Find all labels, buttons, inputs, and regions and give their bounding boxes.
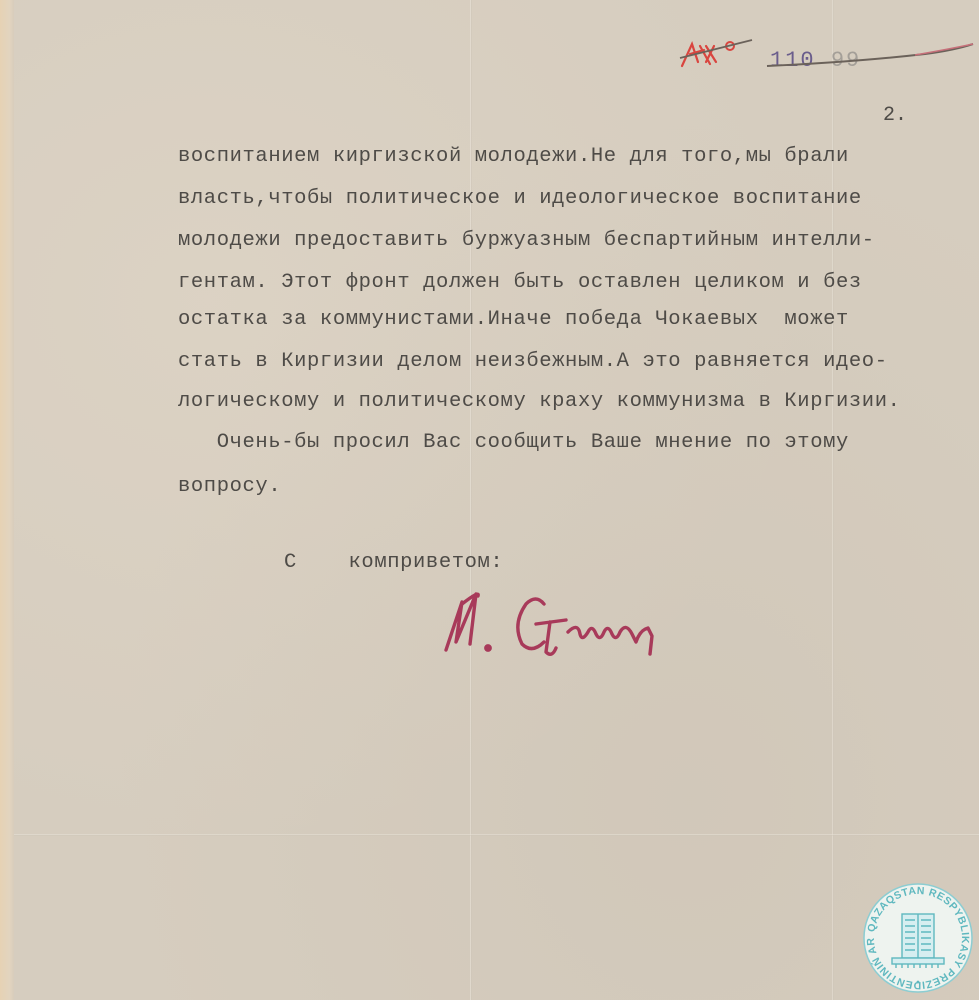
body-line: логическому и политическому краху коммун… <box>178 392 901 413</box>
body-line: гентам. Этот фронт должен быть оставлен … <box>178 273 862 294</box>
closing-line: вопросу. <box>178 477 281 498</box>
body-line: стать в Киргизии делом неизбежным.А это … <box>178 352 888 373</box>
body-line: воспитанием киргизской молодежи.Не для т… <box>178 147 849 168</box>
closing-line: Очень-бы просил Вас сообщить Ваше мнение… <box>178 433 849 454</box>
crossed-red-mark <box>676 36 756 72</box>
page-number: 2. <box>883 104 907 127</box>
strike-through-line <box>765 38 975 78</box>
body-line: остатка за коммунистами.Иначе победа Чок… <box>178 310 849 331</box>
handwritten-signature: И. Сталин <box>440 580 710 670</box>
fold-line-horizontal <box>14 834 979 836</box>
archive-seal: QAZAQSTAN RESPYBLIKASY PREZIDENTINIŃ ARH… <box>862 882 974 994</box>
salutation: С комприветом: <box>284 553 503 574</box>
body-line: власть,чтобы политическое и идеологическ… <box>178 189 862 210</box>
body-line: молодежи предоставить буржуазным беспарт… <box>178 231 875 252</box>
